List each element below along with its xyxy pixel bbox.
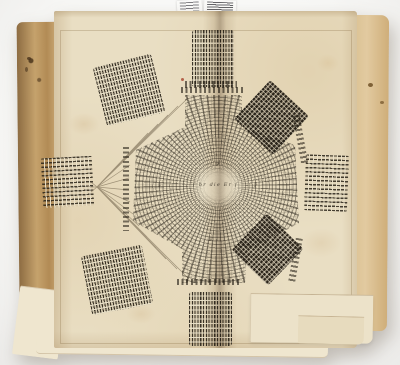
wormhole-spot-2 [380,101,384,104]
troop-block-left [41,156,95,209]
photo-backdrop: { "scene": { "description": "Antique boo… [0,0,400,365]
photograph-stage: P F P F ſ br die Er ſ [0,0,400,365]
fringe-left-column [123,147,129,231]
figure-mark-f-left: F [158,184,161,189]
fore-edge-speck-2 [25,67,28,72]
foxing-blob-1 [62,108,106,140]
foxing-blob-4 [312,50,344,76]
red-ink-fleck [181,78,184,81]
wormhole-spot-1 [368,83,373,87]
fore-edge-speck-1 [27,57,31,60]
open-book: P F P F ſ br die Er ſ [0,0,400,365]
page-step-lower-right-small [298,315,365,344]
foxing-blob-2 [292,222,350,264]
figure-mark-p-right: P [254,184,257,189]
troop-block-right [304,154,349,211]
gutter-fold-shadow [203,11,237,348]
foxing-blob-3 [120,300,162,328]
